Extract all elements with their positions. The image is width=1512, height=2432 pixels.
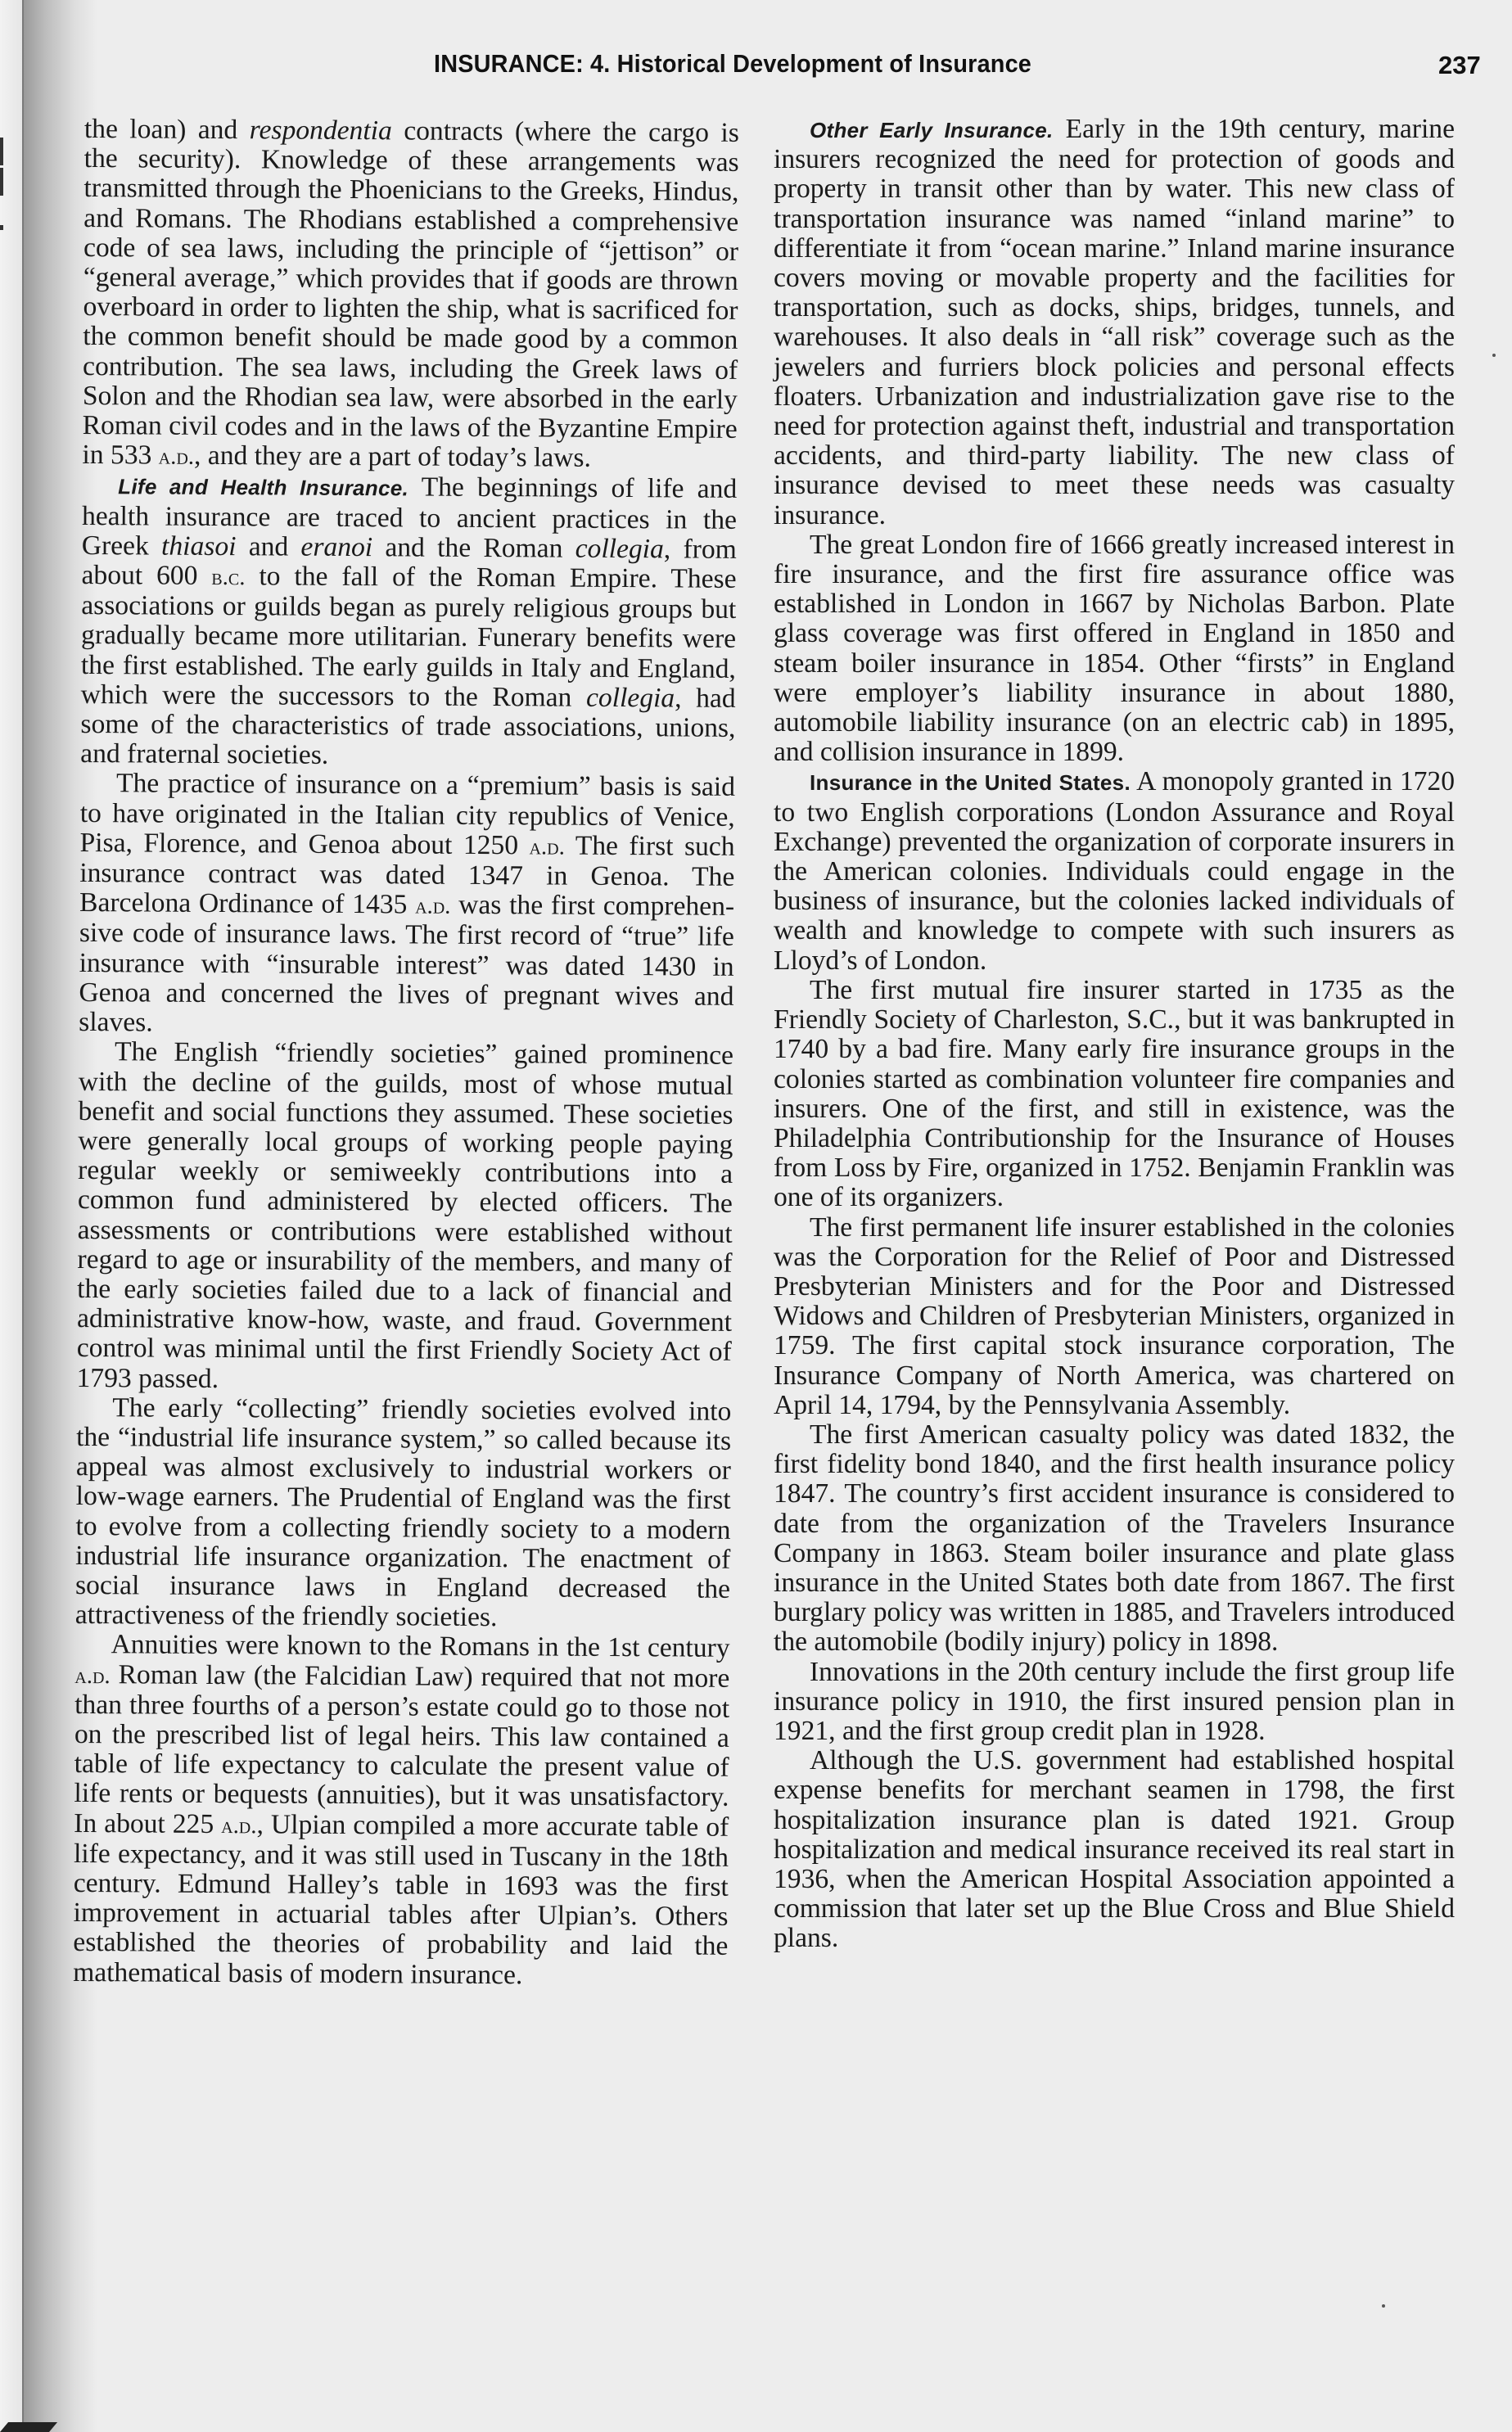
section-heading-life-health: Life and Health Insurance. [118, 475, 408, 501]
print-speck [1492, 354, 1496, 357]
era-abbrev: b.c. [211, 564, 245, 590]
paragraph-hospitalization: Although the U.S. government had estab­l… [774, 1746, 1455, 1953]
paragraph-industrial-life: The early “collecting” friendly societie… [75, 1393, 732, 1635]
paragraph-sea-laws: the loan) and respondentia contracts (wh… [82, 115, 739, 475]
paragraph-us-insurance: Insurance in the United States. A monopo… [774, 767, 1455, 975]
print-speck [1382, 2304, 1385, 2308]
italic-term: respondentia [250, 115, 392, 146]
paragraph-premium-basis: The practice of insurance on a “premium”… [79, 769, 735, 1041]
era-abbrev: a.d. [221, 1812, 257, 1839]
paragraph-permanent-life: The first permanent life insurer establi… [774, 1213, 1455, 1420]
paragraph-casualty-policy: The first American casualty policy was d… [774, 1420, 1455, 1658]
section-heading-united-states: Insurance in the United States. [810, 770, 1131, 795]
italic-term: thiasoi [161, 530, 237, 562]
section-heading-other-early: Other Early Insurance. [810, 118, 1054, 142]
book-page: INSURANCE: 4. Historical Development of … [0, 0, 1512, 2432]
paragraph-mutual-fire: The first mutual fire insurer started in… [774, 976, 1455, 1213]
paragraph-london-fire: The great London fire of 1666 greatly in… [774, 530, 1455, 768]
right-column: Other Early Insurance. Early in the 19th… [774, 115, 1455, 1954]
paragraph-20th-century: Innovations in the 20th century include … [774, 1658, 1455, 1747]
italic-term: collegia [575, 534, 664, 565]
italic-term: eranoi [300, 531, 372, 562]
page-number: 237 [1438, 51, 1481, 80]
italic-term: collegia [586, 683, 675, 714]
paragraph-friendly-societies: The English “friendly societies” gained … [76, 1037, 733, 1396]
era-abbrev: a.d. [74, 1663, 111, 1689]
running-head: INSURANCE: 4. Historical Development of … [434, 49, 1031, 79]
left-column: the loan) and respondentia contracts (wh… [73, 115, 739, 1992]
era-abbrev: a.d. [529, 833, 565, 860]
paragraph-other-early: Other Early Insurance. Early in the 19th… [774, 115, 1455, 530]
paragraph-annuities: Annuities were known to the Romans in th… [73, 1630, 730, 1991]
era-abbrev: a.d. [159, 444, 195, 470]
paragraph-life-health: Life and Health Insurance. The beginning… [80, 471, 737, 773]
era-abbrev: a.d. [415, 893, 451, 919]
